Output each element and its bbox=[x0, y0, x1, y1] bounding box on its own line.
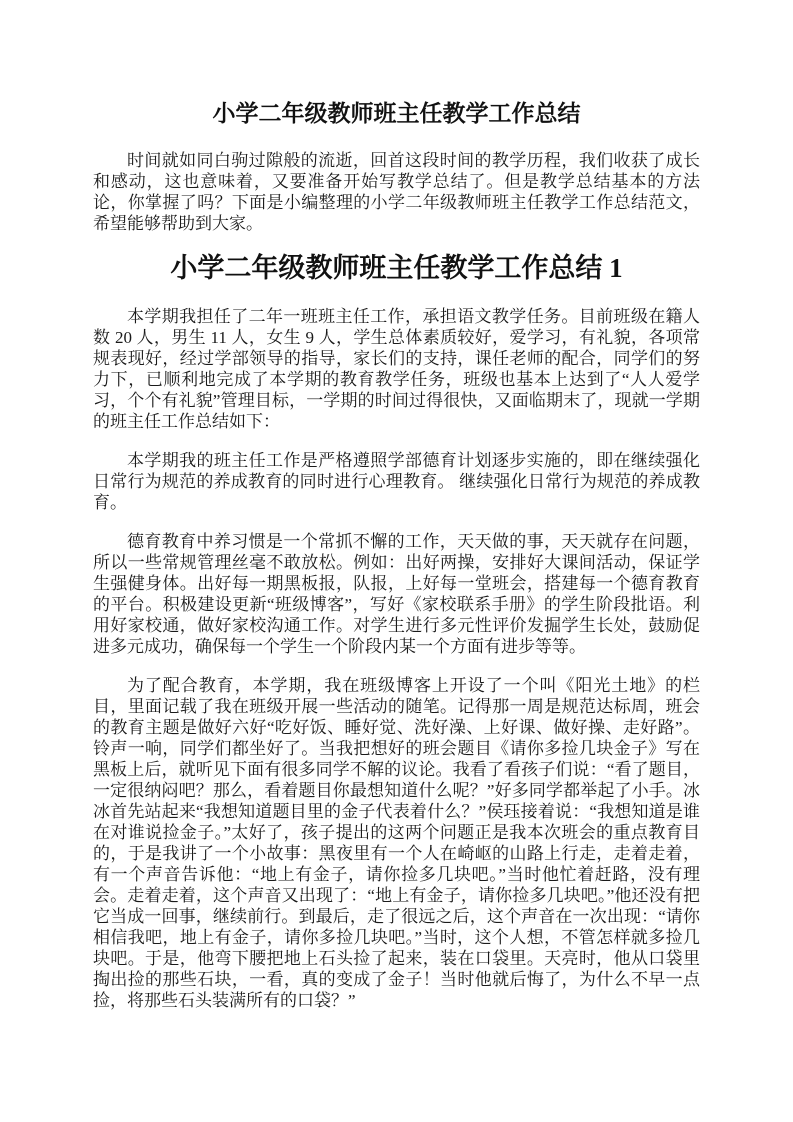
body-paragraph-1: 本学期我担任了二年一班班主任工作，承担语文教学任务。目前班级在籍人数 20 人，… bbox=[93, 306, 700, 432]
document-title: 小学二年级教师班主任教学工作总结 bbox=[93, 100, 700, 128]
document-page: 小学二年级教师班主任教学工作总结 时间就如同白驹过隙般的流逝，回首这段时间的教学… bbox=[0, 0, 793, 1122]
body-paragraph-4: 为了配合教育，本学期，我在班级博客上开设了一个叫《阳光土地》的栏目，里面记载了我… bbox=[93, 675, 700, 1011]
section-heading: 小学二年级教师班主任教学工作总结 1 bbox=[93, 252, 700, 284]
body-paragraph-2: 本学期我的班主任工作是严格遵照学部德育计划逐步实施的，即在继续强化日常行为规范的… bbox=[93, 450, 700, 513]
intro-paragraph: 时间就如同白驹过隙般的流逝，回首这段时间的教学历程，我们收获了成长和感动，这也意… bbox=[93, 150, 700, 234]
body-paragraph-3: 德育教育中养习惯是一个常抓不懈的工作，天天做的事，天天就存在问题，所以一些常规管… bbox=[93, 531, 700, 657]
